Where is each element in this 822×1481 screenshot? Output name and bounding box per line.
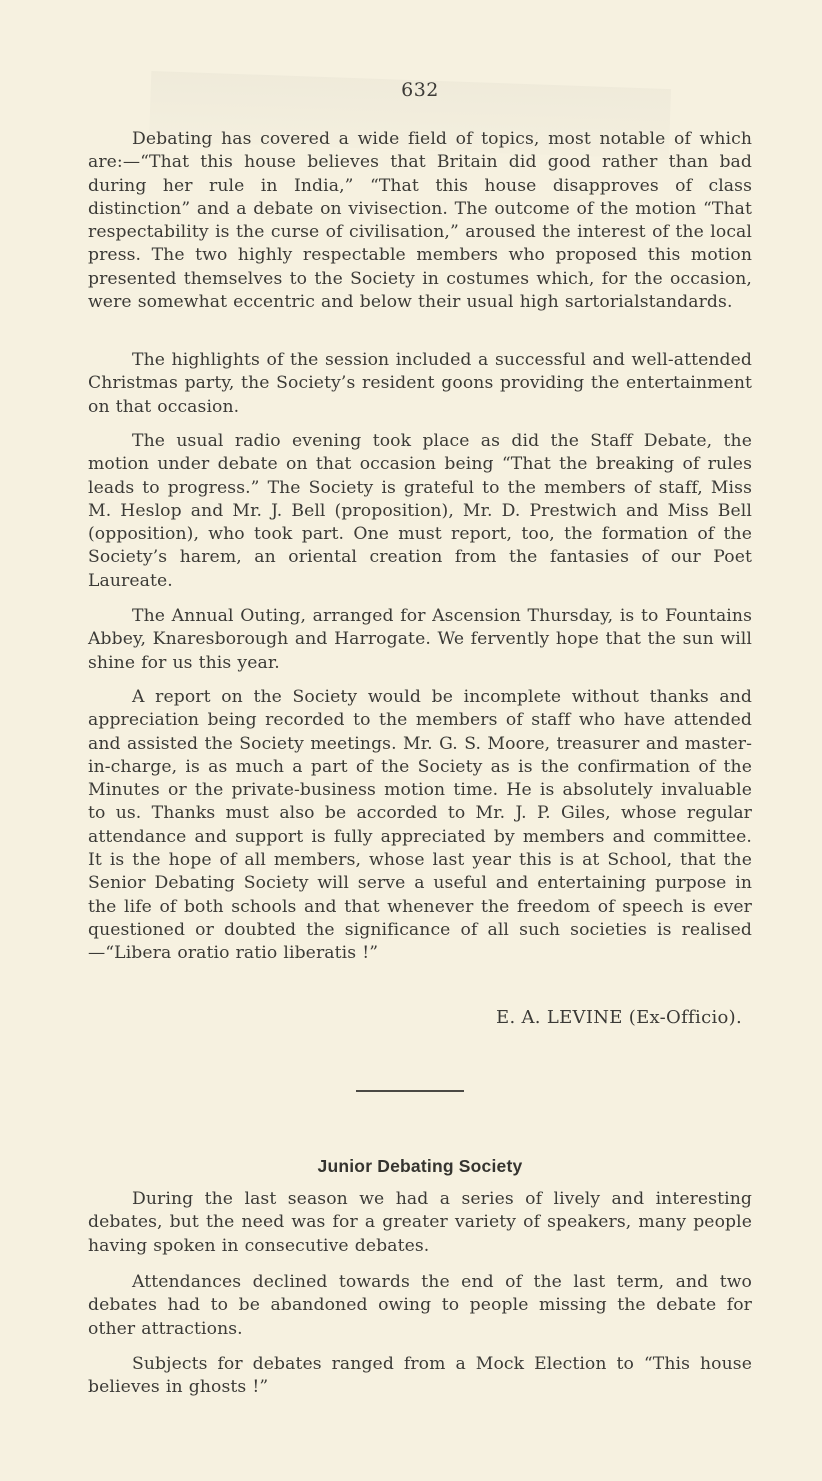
section-divider: [356, 1090, 464, 1092]
signature: E. A. LEVINE (Ex-Officio).: [496, 1007, 742, 1028]
senior-paragraph-topics: Debating has covered a wide field of top…: [88, 128, 752, 314]
page-number: 632: [88, 79, 752, 101]
senior-paragraph-annual-outing: The Annual Outing, arranged for Ascensio…: [88, 605, 752, 675]
junior-paragraph-subjects: Subjects for debates ranged from a Mock …: [88, 1353, 752, 1400]
senior-paragraph-thanks: A report on the Society would be incompl…: [88, 686, 752, 966]
senior-paragraph-staff-debate: The usual radio evening took place as di…: [88, 430, 752, 593]
junior-paragraph-season: During the last season we had a series o…: [88, 1188, 752, 1258]
junior-paragraph-attendance: Attendances declined towards the end of …: [88, 1271, 752, 1341]
section-heading-junior-debating: Junior Debating Society: [88, 1156, 752, 1177]
senior-paragraph-highlights: The highlights of the session included a…: [88, 349, 752, 419]
